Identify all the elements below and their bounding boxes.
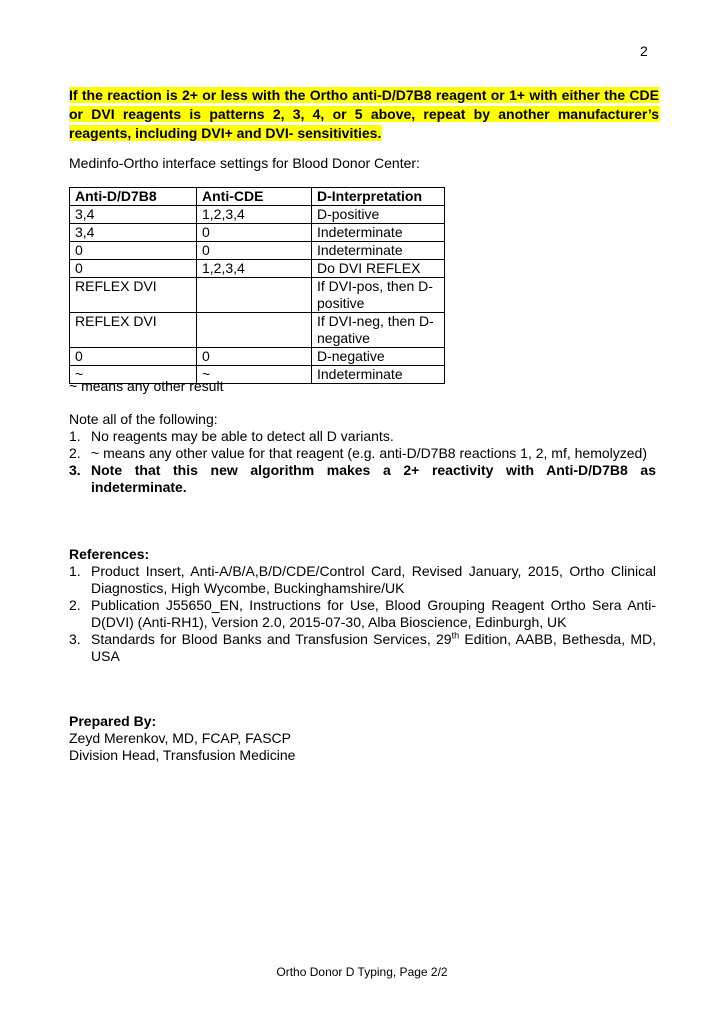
cell-interpretation: If DVI-pos, then D-positive — [312, 278, 445, 313]
cell-anti-cde: 1,2,3,4 — [197, 206, 312, 224]
cell-interpretation: D-negative — [312, 348, 445, 366]
references-list: 1. Product Insert, Anti-A/B/A,B/D/CDE/Co… — [69, 563, 656, 665]
preparer-position: Division Head, Transfusion Medicine — [69, 747, 295, 763]
references-title: References: — [69, 546, 149, 562]
cell-interpretation: Indeterminate — [312, 242, 445, 260]
table-row: 3,4 0 Indeterminate — [70, 224, 445, 242]
header-d-interpretation: D-Interpretation — [312, 188, 445, 206]
note-item: 3. Note that this new algorithm makes a … — [69, 462, 656, 496]
superscript-ordinal: th — [452, 630, 460, 640]
preparer-name: Zeyd Merenkov, MD, FCAP, FASCP — [69, 730, 291, 746]
table-row: 0 0 Indeterminate — [70, 242, 445, 260]
cell-anti-d: REFLEX DVI — [70, 313, 197, 348]
table-header-row: Anti-D/D7B8 Anti-CDE D-Interpretation — [70, 188, 445, 206]
note-item: 2. ~ means any other value for that reag… — [69, 445, 656, 462]
table-row: 0 1,2,3,4 Do DVI REFLEX — [70, 260, 445, 278]
cell-anti-cde: 0 — [197, 348, 312, 366]
highlighted-instruction: If the reaction is 2+ or less with the O… — [69, 86, 659, 143]
header-anti-d: Anti-D/D7B8 — [70, 188, 197, 206]
reference-number: 3. — [69, 631, 81, 648]
page-footer: Ortho Donor D Typing, Page 2/2 — [0, 965, 724, 979]
cell-anti-d: 3,4 — [70, 224, 197, 242]
cell-anti-d: 3,4 — [70, 206, 197, 224]
cell-anti-cde: 1,2,3,4 — [197, 260, 312, 278]
note-text: No reagents may be able to detect all D … — [91, 428, 394, 444]
note-item: 1. No reagents may be able to detect all… — [69, 428, 656, 445]
table-legend-note: ~ means any other result — [69, 378, 223, 394]
table-row: REFLEX DVI If DVI-pos, then D-positive — [70, 278, 445, 313]
cell-interpretation: Do DVI REFLEX — [312, 260, 445, 278]
cell-anti-cde: 0 — [197, 224, 312, 242]
notes-title: Note all of the following: — [69, 411, 218, 427]
cell-anti-d: 0 — [70, 348, 197, 366]
reference-item: 3. Standards for Blood Banks and Transfu… — [69, 631, 656, 665]
cell-anti-cde — [197, 278, 312, 313]
reference-text: Product Insert, Anti-A/B/A,B/D/CDE/Contr… — [91, 563, 656, 596]
note-number: 3. — [69, 462, 81, 479]
interface-settings-intro: Medinfo-Ortho interface settings for Blo… — [69, 155, 420, 171]
highlighted-instruction-text: If the reaction is 2+ or less with the O… — [69, 87, 659, 141]
cell-interpretation: Indeterminate — [312, 366, 445, 384]
cell-anti-d: REFLEX DVI — [70, 278, 197, 313]
page-number: 2 — [640, 43, 648, 59]
cell-anti-cde — [197, 313, 312, 348]
cell-anti-d: 0 — [70, 260, 197, 278]
cell-anti-cde: 0 — [197, 242, 312, 260]
note-number: 2. — [69, 445, 81, 462]
note-number: 1. — [69, 428, 81, 445]
reference-item: 1. Product Insert, Anti-A/B/A,B/D/CDE/Co… — [69, 563, 656, 597]
reference-number: 2. — [69, 597, 81, 614]
table-row: REFLEX DVI If DVI-neg, then D-negative — [70, 313, 445, 348]
note-text: ~ means any other value for that reagent… — [91, 445, 647, 461]
table-row: 3,4 1,2,3,4 D-positive — [70, 206, 445, 224]
interface-settings-table: Anti-D/D7B8 Anti-CDE D-Interpretation 3,… — [69, 187, 445, 384]
prepared-by-title: Prepared By: — [69, 713, 156, 729]
reference-number: 1. — [69, 563, 81, 580]
reference-text: Publication J55650_EN, Instructions for … — [91, 597, 656, 630]
reference-item: 2. Publication J55650_EN, Instructions f… — [69, 597, 656, 631]
header-anti-cde: Anti-CDE — [197, 188, 312, 206]
table-row: 0 0 D-negative — [70, 348, 445, 366]
cell-interpretation: D-positive — [312, 206, 445, 224]
cell-anti-d: 0 — [70, 242, 197, 260]
cell-interpretation: Indeterminate — [312, 224, 445, 242]
cell-interpretation: If DVI-neg, then D-negative — [312, 313, 445, 348]
reference-text: Standards for Blood Banks and Transfusio… — [91, 631, 656, 664]
reference-text-part: Standards for Blood Banks and Transfusio… — [91, 631, 452, 647]
notes-list: 1. No reagents may be able to detect all… — [69, 428, 656, 496]
note-text: Note that this new algorithm makes a 2+ … — [91, 462, 656, 495]
